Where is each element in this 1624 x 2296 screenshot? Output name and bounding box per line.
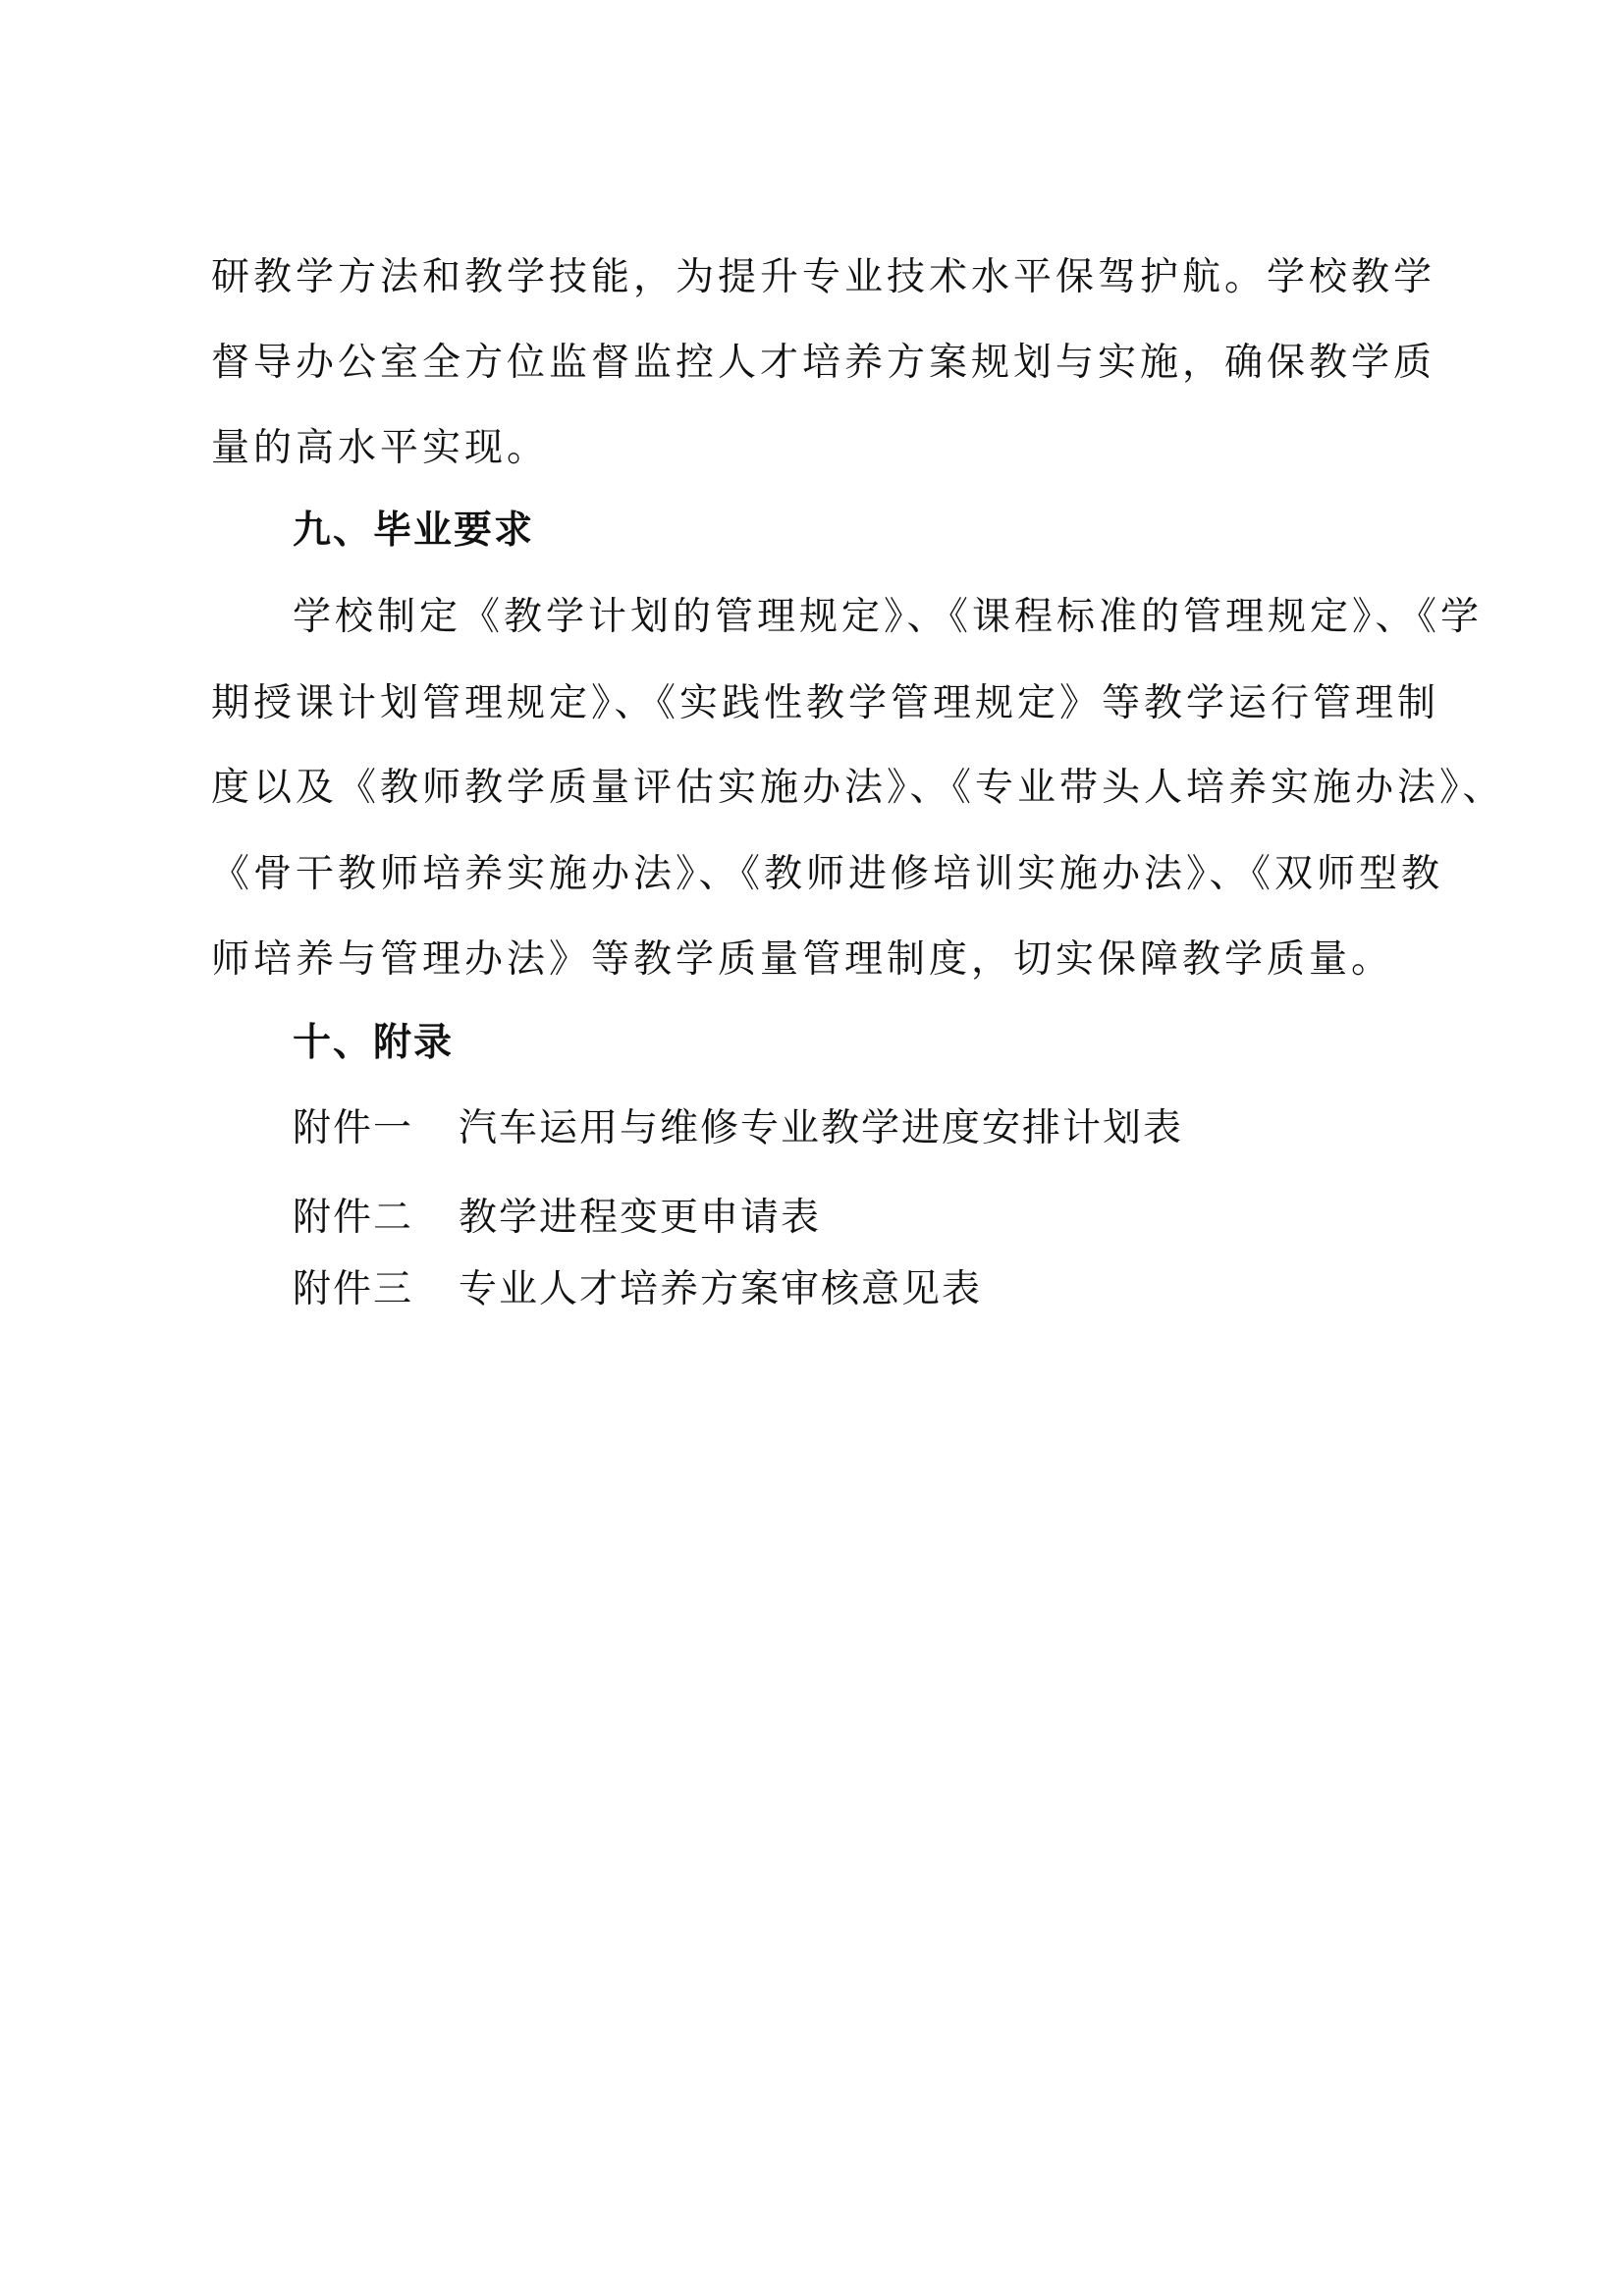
paragraph-line: 督导办公室全方位监督监控人才培养方案规划与实施，确保教学质 bbox=[211, 342, 1415, 385]
document-page: 研教学方法和教学技能，为提升专业技术水平保驾护航。学校教学 督导办公室全方位监督… bbox=[0, 0, 1624, 2296]
appendix-label: 附件一 bbox=[293, 1107, 459, 1150]
appendix-label: 附件二 bbox=[293, 1197, 459, 1240]
appendix-item: 附件二 教学进程变更申请表 bbox=[293, 1197, 821, 1240]
section-heading-graduation-requirements: 九、毕业要求 bbox=[293, 509, 534, 553]
paragraph-line: 研教学方法和教学技能，为提升专业技术水平保驾护航。学校教学 bbox=[211, 256, 1415, 299]
paragraph-line: 师培养与管理办法》等教学质量管理制度，切实保障教学质量。 bbox=[211, 938, 1393, 982]
appendix-item: 附件三 专业人才培养方案审核意见表 bbox=[293, 1268, 982, 1311]
appendix-title: 汽车运用与维修专业教学进度安排计划表 bbox=[459, 1107, 1183, 1150]
paragraph-line: 期授课计划管理规定》、《实践性教学管理规定》等教学运行管理制 bbox=[211, 682, 1415, 725]
appendix-title: 教学进程变更申请表 bbox=[459, 1197, 821, 1240]
appendix-item: 附件一 汽车运用与维修专业教学进度安排计划表 bbox=[293, 1107, 1183, 1150]
paragraph-line: 量的高水平实现。 bbox=[211, 427, 549, 470]
section-heading-appendix: 十、附录 bbox=[293, 1022, 454, 1065]
paragraph-line: 学校制定《教学计划的管理规定》、《课程标准的管理规定》、《学 bbox=[293, 596, 1415, 639]
paragraph-line: 《骨干教师培养实施办法》、《教师进修培训实施办法》、《双师型教 bbox=[211, 853, 1415, 896]
appendix-title: 专业人才培养方案审核意见表 bbox=[459, 1268, 982, 1311]
appendix-label: 附件三 bbox=[293, 1268, 459, 1311]
paragraph-line: 度以及《教师教学质量评估实施办法》、《专业带头人培养实施办法》、 bbox=[211, 767, 1415, 810]
